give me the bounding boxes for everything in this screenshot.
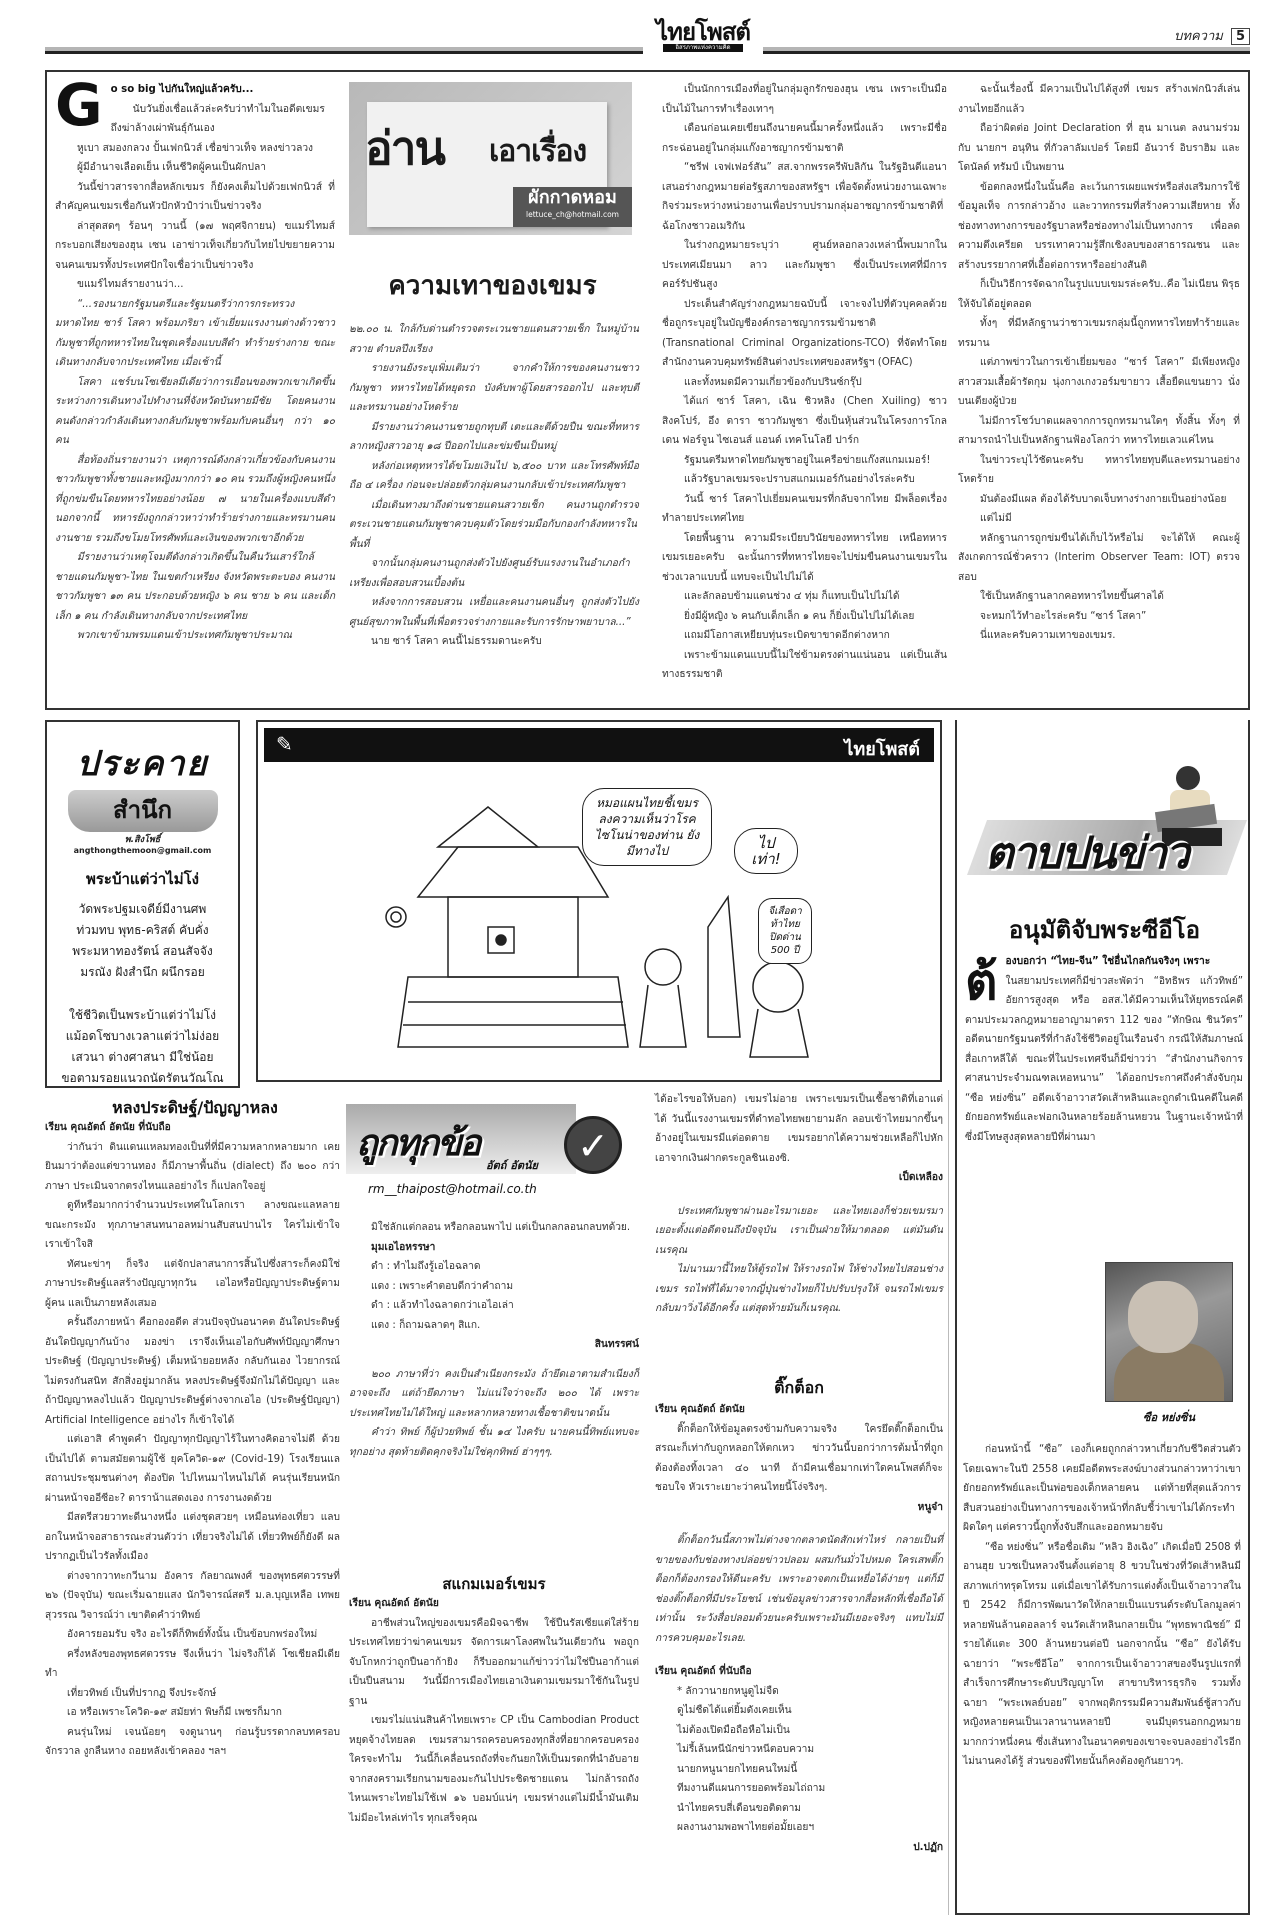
column-logo: ตาบปนข่าว: [967, 760, 1237, 880]
article-title: ความเทาของเขมร: [345, 265, 640, 306]
paragraph: ทั้งๆ ที่มีหลักฐานว่าชาวเขมรกลุ่มนี้ถูกท…: [958, 314, 1240, 353]
paragraph: แต่ไม่มี: [958, 509, 1240, 529]
poem-line: วัดพระปฐมเจดีย์มีงานศพ: [47, 899, 238, 920]
paragraph: ในข่าวระบุไว้ชัดนะครับ ทหารไทยทุบตีและทร…: [958, 451, 1240, 490]
paragraph: หูเบา สมองกลวง ปั้นเฟกนิวส์ เชื่อข่าวเท็…: [55, 139, 335, 159]
right-article-body: ต้ องบอกว่า “ไทย-จีน” ใช่อื่นไกลกันจริงๆ…: [965, 952, 1243, 1147]
paragraph: ก่อนหน้านี้ “ซือ” เองก็เคยถูกกล่าวหาเกี่…: [963, 1440, 1241, 1538]
article-title: อนุมัติจับพระซีอีโอ: [957, 910, 1252, 949]
paragraph: ในสยามประเทศก็มีข่าวสะพัดว่า “อิทธิพร แก…: [965, 972, 1243, 1148]
poem-line: ดูไม่ชืดได้แต่ยิ้มดังเคยเห็น: [677, 1701, 943, 1721]
section-name: บทความ: [1174, 29, 1223, 44]
checkmark-icon: ✓: [564, 1116, 622, 1174]
lead-line: องบอกว่า “ไทย-จีน” ใช่อื่นไกลกันจริงๆ เพ…: [965, 952, 1243, 972]
letters-column-banner: ถูกทุกข้อ อัตถ์ อัตนัย ✓ rm__thaipost@ho…: [346, 1096, 636, 1182]
editor-reply: ประเทศกัมพูชาผ่านอะไรมาเยอะ และไทยเองก็ช…: [655, 1202, 943, 1261]
poem-title: พระบ้าแต่ว่าไม่โง่: [47, 867, 238, 891]
paragraph: ว่ากันว่า ดินแดนแหลมทองเป็นที่ที่มีความห…: [45, 1138, 340, 1197]
paragraph: ไม่มีการโชว์บาดแผลจากการถูกทรมานใดๆ ทั้ง…: [958, 412, 1240, 451]
paragraph: ครึ่งหลังของพุทธศตวรรษ จึงเห็นว่า ไม่จริ…: [45, 1645, 340, 1684]
quote-paragraph: รายงานยังระบุเพิ่มเติมว่า จากคำให้การของ…: [349, 359, 639, 418]
dialogue-line: ดำ : แล้วทำไงฉลาดกว่าเอไอเล่า: [349, 1296, 639, 1316]
section-label: บทความ 5: [1168, 25, 1250, 46]
read-column-banner: อ่าน เอาเรื่อง ผักกาดหอม lettuce_ch@hotm…: [349, 82, 632, 235]
paragraph: นาย ซาร์ โสคา คนนี้ไม่ธรรมดานะครับ: [349, 632, 639, 652]
poet-email[interactable]: angthongthemoon@gmail.com: [47, 846, 238, 855]
editor-reply: ติ๊กต็อกวันนี้สภาพไม่ต่างจากตลาดนัดสักเท…: [655, 1531, 943, 1648]
paragraph: ขแมร์ไทมส์รายงานว่า...: [55, 275, 335, 295]
quote-paragraph: หลังก่อเหตุทหารได้ขโมยเงินไป ๖,๕๐๐ บาท แ…: [349, 457, 639, 496]
dialogue-line: แดง : เพราะคำตอบดีกว่าคำถาม: [349, 1277, 639, 1297]
banner-small-word: เอาเรื่อง: [489, 128, 586, 175]
letter-col-1: เรียน คุณอัตถ์ อัตนัย ที่นับถือ ว่ากันว่…: [45, 1118, 340, 1762]
page-number: 5: [1231, 28, 1250, 45]
editor-email[interactable]: rm__thaipost@hotmail.co.th: [368, 1182, 537, 1196]
paragraph: ใช้เป็นหลักฐานลากคอทหารไทยขึ้นศาลได้: [958, 587, 1240, 607]
poem-column-logo: ประคาย: [47, 736, 238, 790]
cartoon-header-bar: ✎ ไทยโพสต์: [264, 728, 934, 762]
speech-bubble: จีเสือดา ท้าไทย ปิดด่าน 500 ปี: [758, 898, 812, 964]
article-col-2: ๒๒.๐๐ น. ใกล้กับด่านตำรวจตระเวนชายแดนสวา…: [349, 320, 639, 652]
salutation: เรียน คุณอัตถ์ ที่นับถือ: [655, 1662, 943, 1682]
paragraph: “ชรีฟ เจฟเฟอร์สัน” สส.จากพรรครีพับลิกัน …: [662, 158, 947, 236]
letter-signature: เป็ดเหลือง: [655, 1168, 943, 1188]
poem-line: * ลักวานายกหนูดูไม่จืด: [677, 1682, 943, 1702]
quote-paragraph: สื่อท้องถิ่นรายงานว่า เหตุการณ์ดังกล่าวเ…: [55, 451, 335, 549]
poem-line: นายกหนูนายกไทยคนใหม่นี้: [677, 1760, 943, 1780]
paragraph: นี่แหละครับความเทาของเขมร.: [958, 626, 1240, 646]
paragraph: เป็นนักการเมืองที่อยู่ในกลุ่มลูกรักของฮุ…: [662, 80, 947, 119]
paragraph: ถือว่าผิดต่อ Joint Declaration ที่ ฮุน ม…: [958, 119, 1240, 178]
paragraph: ผู้มีอำนาจเลือดเย็น เห็นชีวิตผู้คนเป็นผั…: [55, 158, 335, 178]
poem-line: มรณัง ฝังสำนึก ผนึกรอย: [47, 962, 238, 983]
paragraph: แต่ภาพข่าวในการเข้าเยี่ยมของ “ซาร์ โสคา”…: [958, 353, 1240, 412]
letter-title: ติ๊กต็อก: [655, 1376, 943, 1401]
speech-bubble: หมอแผนไทยชี้เขมร ลงความเห็นว่าโรค ไซโนน่…: [582, 788, 712, 866]
salutation: เรียน คุณอัตถ์ อัตนัย ที่นับถือ: [45, 1118, 340, 1138]
paragraph: ได้แก่ ซาร์ โสคา, เฉิน ชิวหลิง (Chen Xui…: [662, 392, 947, 451]
paragraph: อาชีพส่วนใหญ่ของเขมรคือมิจฉาชีพ ใช้ปืนรั…: [349, 1614, 639, 1712]
monk-photo: [1105, 1262, 1233, 1402]
paragraph: และทั้งหมดมีความเกี่ยวข้องกับปรินซ์กรุ๊ป: [662, 373, 947, 393]
paragraph: รัฐมนตรีมหาดไทยกัมพูชาอยู่ในเครือข่ายแก๊…: [662, 451, 947, 471]
masthead: ไทยโพสต์ อิสรภาพแห่งความคิด บทความ 5: [45, 20, 1250, 56]
paragraph: ครั้นถึงภายหน้า คือกองอดีต ส่วนปัจจุบันอ…: [45, 1313, 340, 1430]
paragraph: เที่ยวทิพย์ เป็นที่ปรากฏ จึงประจักษ์: [45, 1684, 340, 1704]
dropcap: ต้: [965, 954, 997, 1010]
poem-line: ทีมงานดีแผนการยอดพร้อมไถ่ถาม: [677, 1779, 943, 1799]
poem-line: ใช้ชีวิตเป็นพระบ้าแต่ว่าไม่โง่: [47, 1005, 238, 1026]
paragraph: ข้อตกลงหนึ่งในนั้นคือ ละเว้นการเผยแพร่หร…: [958, 178, 1240, 276]
author-bar: ผักกาดหอม lettuce_ch@hotmail.com: [513, 187, 632, 227]
banner-editor: อัตถ์ อัตนัย: [486, 1156, 538, 1174]
paragraph: มีสตรีสวยวาทะดีนางหนึ่ง แต่งชุดสวยๆ เหมื…: [45, 1508, 340, 1567]
paragraph: ล่าสุดสดๆ ร้อนๆ วานนี้ (๑๗ พฤศจิกายน) ขแ…: [55, 217, 335, 276]
quote-paragraph: เมื่อเดินทางมาถึงด่านชายแดนสวายเช็ก คนงา…: [349, 496, 639, 555]
quote-paragraph: โสคา แชร์บนโซเชียลมีเดียว่าการเยือนของพว…: [55, 373, 335, 451]
letter-col-3b: เรียน คุณอัตถ์ อัตนัย ติ๊กต็อกให้ข้อมูลต…: [655, 1400, 943, 1857]
columnist-name: ผักกาดหอม: [513, 187, 632, 209]
paragraph: “ซือ หย่งซิ่น” หรือชื่อเดิม “หลิว อิงเฉิ…: [963, 1538, 1241, 1772]
paragraph: หลักฐานการถูกข่มขืนได้เก็บไว้หรือไม่ จะไ…: [958, 529, 1240, 588]
salutation: เรียน คุณอัตถ์ อัตนัย: [655, 1400, 943, 1420]
poem-line: ขอตามรอยแนวถนัดรัตนวัณโณ: [47, 1068, 238, 1089]
letter-col-3: ได้อะไรขอให้บอก) เขมรไม่อาย เพราะเขมรเป็…: [655, 1090, 943, 1319]
paragraph: อังคารยอมรับ จริง อะไรดีก็ทิพย์ทั้งนั้น …: [45, 1625, 340, 1645]
quote-paragraph: “...รองนายกรัฐมนตรีและรัฐมนตรีว่าการกระท…: [55, 295, 335, 373]
article-col-4: ฉะนั้นเรื่องนี้ มีความเป็นไปได้สูงที่ เข…: [958, 80, 1240, 646]
banner-big-word: อ่าน: [365, 112, 444, 185]
right-article-body-cont: โดย “อดีตเจ้าอาวาสวัดเส้าหลิน” ถูกสืบสวน…: [963, 1440, 1241, 1772]
editor-reply: คำว่า ทิพย์ ก็ผู้ป่วยทิพย์ ชั้น ๑๔ ไงครั…: [349, 1423, 639, 1462]
column-logo-word: ตาบปนข่าว: [985, 818, 1188, 888]
newspaper-logo[interactable]: ไทยโพสต์ อิสรภาพแห่งความคิด: [643, 20, 763, 56]
cartoon-brand: ไทยโพสต์: [844, 734, 920, 763]
paragraph: เอ หรือเพราะโควิด-๑๙ สมัยท่า พิษก็มี เพช…: [45, 1703, 340, 1723]
quote-paragraph: พวกเขาข้ามพรมแดนเข้าประเทศกัมพูชาประมาณ: [55, 626, 335, 646]
editorial-cartoon: ✎ ไทยโพสต์ หมอแผนไทยชี้เขมร ลงความเห็นว่…: [256, 720, 942, 1082]
poem-line: ไม่ต้องเปิดมือถือหือไม่เป็น: [677, 1721, 943, 1741]
paragraph: แต่เอาสิ คำพูดคำ ปัญญาทุกปัญญาไร้ในทางคิ…: [45, 1430, 340, 1508]
editor-reply: ไม่นานมานี้ไทยให้ตู้รถไฟ ให้รางรถไฟ ให้ช…: [655, 1260, 943, 1319]
quote-paragraph: มีรายงานว่าเหตุโจมตีดังกล่าวเกิดขึ้นในคื…: [55, 548, 335, 626]
scroll-banner: สำนึก: [68, 790, 218, 832]
poem-line: ไม่รี้เล้นหนีนักข่าวหนีตอบความ: [677, 1740, 943, 1760]
article-col-3: เป็นนักการเมืองที่อยู่ในกลุ่มลูกรักของฮุ…: [662, 80, 947, 685]
paragraph: แถมมีโอกาสเหยียบทุ่นระเบิดขาขาดอีกต่างหา…: [662, 626, 947, 646]
paragraph: ยิ่งมีผู้หญิง ๖ คนกับเด็กเล็ก ๑ คน ก็ยิ่…: [662, 607, 947, 627]
paragraph: ติ๊กต็อกให้ข้อมูลตรงข้ามกับความจริง ใครย…: [655, 1420, 943, 1498]
poem-box: ประคาย สำนึก พ.สิงโพธิ์ angthongthemoon@…: [45, 720, 240, 1088]
paragraph: ในร่างกฎหมายระบุว่า ศูนย์หลอกลวงเหล่านี้…: [662, 236, 947, 295]
subhead: มุมเอไอหรรษา: [349, 1238, 639, 1258]
quote-paragraph: หลังจากการสอบสวน เหยื่อและคนงานคนอื่นๆ ถ…: [349, 593, 639, 632]
article-col-1: G o so big ไปกันใหญ่แล้วครับ... นับวันยิ…: [55, 80, 335, 646]
letter-col-2b: เรียน คุณอัตถ์ อัตนัย อาชีพส่วนใหญ่ของเข…: [349, 1594, 639, 1828]
paragraph: เดือนก่อนเคยเขียนถึงนายคนนี้มาครั้งหนึ่ง…: [662, 119, 947, 158]
paragraph: ก็เป็นวิธีการจัดฉากในรูปแบบเขมรล่ะครับ..…: [958, 275, 1240, 314]
letter-signature: หนูจ๋า: [655, 1498, 943, 1518]
paragraph: ประเด็นสำคัญร่างกฎหมายฉบับนี้ เจาะจงไปที…: [662, 295, 947, 373]
paragraph: เขมรไม่แน่นสินค้าไทยเพราะ CP เป็น Cambod…: [349, 1711, 639, 1828]
paragraph: ทัศนะข่าๆ ก็จริง แต่จักปลาสนาการสิ้นไปซึ…: [45, 1255, 340, 1314]
poem-line: ผลงานงามพอพาไทยต่อมั้ยเอยฯ: [677, 1818, 943, 1838]
paragraph: มันต้องมีแผล ต้องได้รับบาดเจ็บทางร่างกาย…: [958, 490, 1240, 510]
paragraph: ฉะนั้นเรื่องนี้ มีความเป็นไปได้สูงที่ เข…: [958, 80, 1240, 119]
paragraph: เพราะข้ามแดนแบบนี้ไม่ใช่ข้ามตรงด่านแน่นอ…: [662, 646, 947, 685]
dropcap: G: [55, 82, 103, 128]
photo-caption: ซือ หย่งซิ่น: [1105, 1408, 1233, 1426]
paragraph: และลักลอบข้ามแดนช่วง ๔ ทุ่ม ก็แทบเป็นไปไ…: [662, 587, 947, 607]
columnist-email[interactable]: lettuce_ch@hotmail.com: [513, 209, 632, 221]
logo-text: ไทยโพสต์: [643, 20, 763, 44]
dialogue-line: ดำ : ทำไมถึงรู้เอไอฉลาด: [349, 1257, 639, 1277]
poem-line: นำไทยครบสี่เดือนขอติดตาม: [677, 1799, 943, 1819]
poem-line: พระมหาทองรัตน์ สอนสัจจัง: [47, 941, 238, 962]
quote-paragraph: ๒๒.๐๐ น. ใกล้กับด่านตำรวจตระเวนชายแดนสวา…: [349, 320, 639, 359]
paragraph: ดูทีหรือมากกว่าจำนวนประเทศในโลกเรา ลางขณ…: [45, 1196, 340, 1255]
paragraph: แล้วรัฐบาลเขมรจะปราบสแกมเมอร์กันอย่างไรล…: [662, 470, 947, 490]
paragraph: คนรุ่นใหม่ เจนน้อยๆ จงดูนานๆ ก่อนรู้บรรด…: [45, 1723, 340, 1762]
quote-paragraph: จากนั้นกลุ่มคนงานถูกส่งตัวไปยังศูนย์รับแ…: [349, 554, 639, 593]
quote-paragraph: มีรายงานว่าคนงานชายถูกทุบตี เตะและตีด้วย…: [349, 418, 639, 457]
paragraph: จะหมกไว้ทำอะไรล่ะครับ “ซาร์ โสคา”: [958, 607, 1240, 627]
banner-word: ถูกทุกข้อ: [356, 1114, 479, 1171]
speech-bubble: ไปเท่า!: [734, 828, 798, 874]
poem-line: แม้อดโซบางเวลาแต่ว่าไม่ง่อย: [47, 1026, 238, 1047]
poem-line: เสวนา ต่างศาสนา มีใช่น้อย: [47, 1047, 238, 1068]
paragraph: ได้อะไรขอให้บอก) เขมรไม่อาย เพราะเขมรเป็…: [655, 1090, 943, 1168]
column-divider: [948, 1090, 949, 1915]
letter-title: สแกมเมอร์เขมร: [349, 1572, 639, 1596]
salutation: เรียน คุณอัตถ์ อัตนัย: [349, 1594, 639, 1614]
poet-name: พ.สิงโพธิ์: [47, 832, 238, 846]
paragraph: ต่างจากวาทะกวีนาม อังคาร กัลยาณพงศ์ ของพ…: [45, 1567, 340, 1626]
editor-reply: ๒๐๐ ภาษาที่ว่า คงเป็นสำเนียงกระมัง ถ้ายึ…: [349, 1365, 639, 1424]
dialogue-line: แดง : ก็ถามฉลาดๆ สิแก.: [349, 1316, 639, 1336]
paragraph: มิใช่ลักแต่กลอน หรือกลอนพาไป แต่เป็นกลกล…: [349, 1218, 639, 1238]
letter-col-2: มิใช่ลักแต่กลอน หรือกลอนพาไป แต่เป็นกลกล…: [349, 1218, 639, 1462]
poem-line: ท่วมทบ พุทธ-คริสต์ คับคั่ง: [47, 920, 238, 941]
paragraph: โดยพื้นฐาน ความมีระเบียบวินัยของทหารไทย …: [662, 529, 947, 588]
paragraph: วันนี้ข่าวสารจากสื่อหลักเขมร ก็ยังคงเต็ม…: [55, 178, 335, 217]
paragraph: วันนี้ ซาร์ โสคาไปเยี่ยมคนเขมรที่กลับจาก…: [662, 490, 947, 529]
mascot-icon: ✎: [276, 732, 293, 756]
letter-signature: ป.ปฏัก: [655, 1838, 943, 1858]
letter-signature: สินทรรศน์: [349, 1335, 639, 1355]
